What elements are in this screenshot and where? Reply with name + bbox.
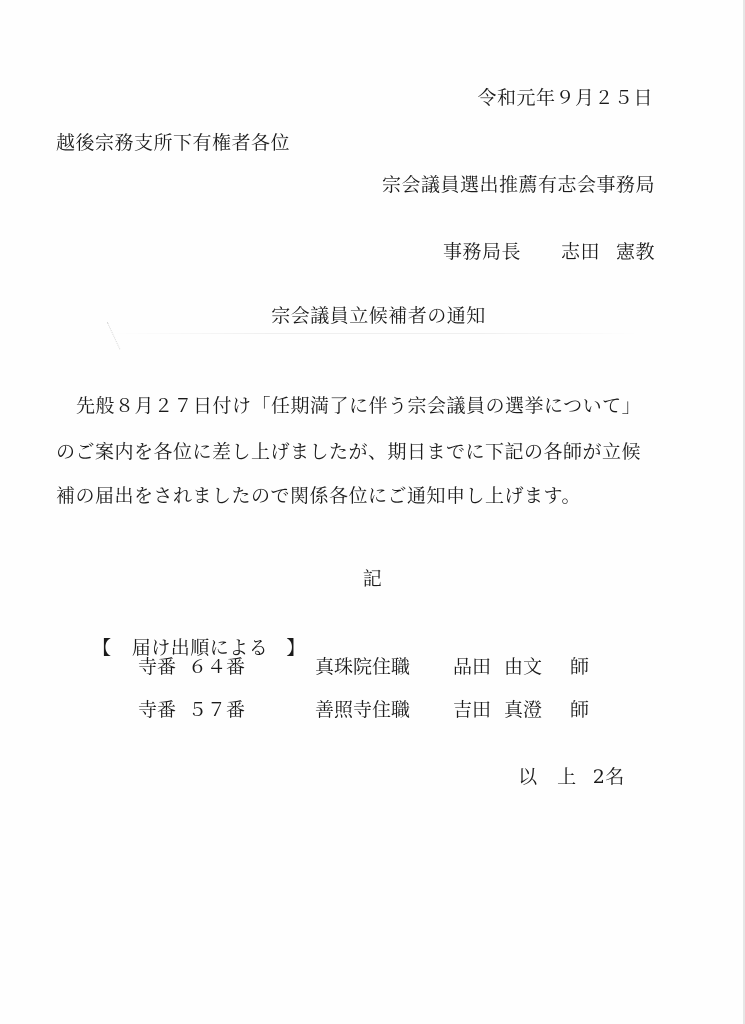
recipient-line: 越後宗務支所下有権者各位	[56, 131, 290, 155]
total-count: 以 上2名	[492, 741, 625, 813]
candidate-given-name: 真澄	[504, 698, 542, 722]
close-bracket: 】	[286, 636, 306, 660]
ki-heading: 記	[0, 567, 745, 591]
temple-position: 真珠院住職	[315, 655, 410, 679]
total-value: 2名	[593, 766, 625, 788]
total-label: 以 上	[518, 766, 577, 788]
document-title-text: 宗会議員立候補者の通知	[271, 305, 486, 327]
body-paragraph-line-2: のご案内を各位に差し上げましたが、期日までに下記の各師が立候	[56, 440, 641, 464]
sender-title: 事務局長	[443, 240, 521, 264]
candidate-honorific: 師	[570, 698, 589, 722]
candidate-surname: 吉田	[453, 698, 491, 722]
temple-number-label: 寺番	[138, 698, 176, 722]
temple-number-label: 寺番	[138, 655, 176, 679]
temple-number: ５７番	[188, 698, 245, 722]
scanned-document-page: 令和元年９月２５日 越後宗務支所下有権者各位 宗会議員選出推薦有志会事務局 事務…	[0, 0, 745, 1024]
candidate-honorific: 師	[570, 655, 589, 679]
temple-position: 善照寺住職	[315, 698, 410, 722]
body-paragraph-line-3: 補の届出をされましたので関係各位にご通知申し上げます。	[56, 484, 581, 508]
sender-organization: 宗会議員選出推薦有志会事務局	[382, 173, 655, 197]
body-paragraph-line-1: 先般８月２７日付け「任期満了に伴う宗会議員の選挙について」	[76, 394, 641, 418]
open-bracket: 【	[92, 636, 112, 660]
order-note: 【届け出順による】	[66, 612, 306, 684]
document-date: 令和元年９月２５日	[477, 86, 653, 110]
candidate-surname: 品田	[453, 655, 491, 679]
candidate-given-name: 由文	[504, 655, 542, 679]
sender-given-name: 憲教	[616, 240, 655, 264]
document-title: 宗会議員立候補者の通知	[0, 304, 745, 328]
title-faint-rule	[110, 333, 640, 334]
candidate-row: 寺番 ５７番 善照寺住職 吉田 真澄 師	[138, 698, 162, 890]
temple-number: ６４番	[188, 655, 245, 679]
sender-surname: 志田	[561, 240, 600, 264]
sender-signature: 事務局長志田憲教	[417, 216, 655, 288]
